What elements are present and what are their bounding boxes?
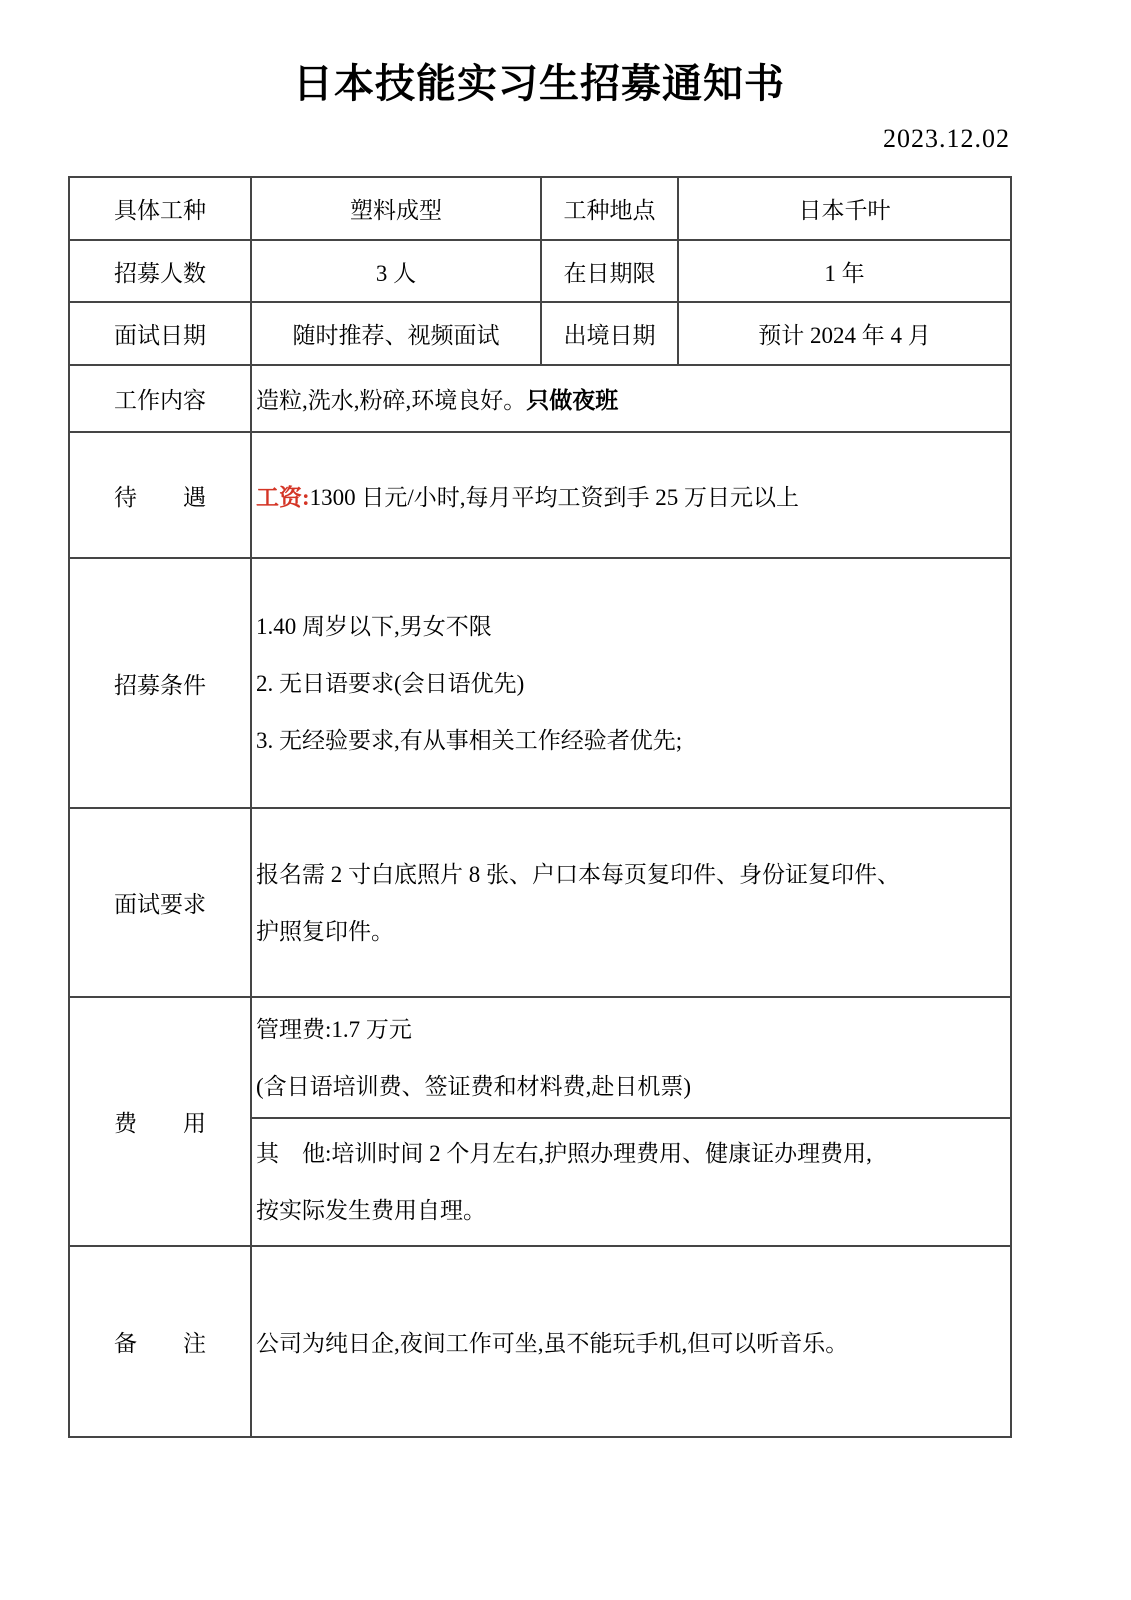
- wage-red-label: 工资:: [256, 485, 310, 510]
- work-content-text: 造粒,洗水,粉碎,环境良好。: [256, 388, 526, 413]
- row-headcount: 招募人数 3 人 在日期限 1 年: [69, 240, 1011, 302]
- recruitment-table: 具体工种 塑料成型 工种地点 日本千叶 招募人数 3 人 在日期限 1 年 面试…: [68, 176, 1012, 1438]
- value-treatment: 工资:1300 日元/小时,每月平均工资到手 25 万日元以上: [251, 432, 1011, 558]
- interview-req-line-1: 报名需 2 寸白底照片 8 张、户口本每页复印件、身份证复印件、: [256, 846, 1006, 903]
- label-interview-date: 面试日期: [69, 302, 251, 365]
- label-fees: 费 用: [69, 997, 251, 1246]
- document-date: 2023.12.02: [68, 124, 1010, 154]
- wage-text: 1300 日元/小时,每月平均工资到手 25 万日元以上: [310, 485, 799, 510]
- page-title: 日本技能实习生招募通知书: [68, 0, 1010, 108]
- label-remarks: 备 注: [69, 1246, 251, 1437]
- fees-other-line-2: 按实际发生费用自理。: [256, 1182, 1006, 1239]
- value-work-content: 造粒,洗水,粉碎,环境良好。只做夜班: [251, 365, 1011, 432]
- conditions-line-1: 1.40 周岁以下,男女不限: [256, 598, 1006, 655]
- label-departure-date: 出境日期: [541, 302, 678, 365]
- row-remarks: 备 注 公司为纯日企,夜间工作可坐,虽不能玩手机,但可以听音乐。: [69, 1246, 1011, 1437]
- label-job-type: 具体工种: [69, 177, 251, 240]
- value-fees-other: 其 他:培训时间 2 个月左右,护照办理费用、健康证办理费用, 按实际发生费用自…: [251, 1118, 1011, 1246]
- remarks-text: 公司为纯日企,夜间工作可坐,虽不能玩手机,但可以听音乐。: [256, 1331, 848, 1356]
- row-job-type: 具体工种 塑料成型 工种地点 日本千叶: [69, 177, 1011, 240]
- value-fees-management: 管理费:1.7 万元 (含日语培训费、签证费和材料费,赴日机票): [251, 997, 1011, 1118]
- label-work-content: 工作内容: [69, 365, 251, 432]
- value-interview-date: 随时推荐、视频面试: [251, 302, 541, 365]
- fees-other-line-1: 其 他:培训时间 2 个月左右,护照办理费用、健康证办理费用,: [256, 1125, 1006, 1182]
- value-departure-date: 预计 2024 年 4 月: [678, 302, 1011, 365]
- conditions-line-3: 3. 无经验要求,有从事相关工作经验者优先;: [256, 712, 1006, 769]
- label-job-location: 工种地点: [541, 177, 678, 240]
- interview-req-line-2: 护照复印件。: [256, 903, 1006, 960]
- label-conditions: 招募条件: [69, 558, 251, 808]
- label-interview-requirements: 面试要求: [69, 808, 251, 997]
- row-fees-management: 费 用 管理费:1.7 万元 (含日语培训费、签证费和材料费,赴日机票): [69, 997, 1011, 1118]
- label-treatment: 待 遇: [69, 432, 251, 558]
- value-remarks: 公司为纯日企,夜间工作可坐,虽不能玩手机,但可以听音乐。: [251, 1246, 1011, 1437]
- label-headcount: 招募人数: [69, 240, 251, 302]
- row-interview-date: 面试日期 随时推荐、视频面试 出境日期 预计 2024 年 4 月: [69, 302, 1011, 365]
- value-interview-requirements: 报名需 2 寸白底照片 8 张、户口本每页复印件、身份证复印件、 护照复印件。: [251, 808, 1011, 997]
- value-job-type: 塑料成型: [251, 177, 541, 240]
- fees-management-line-2: (含日语培训费、签证费和材料费,赴日机票): [256, 1058, 1006, 1115]
- fees-management-line-1: 管理费:1.7 万元: [256, 1001, 1006, 1058]
- value-job-location: 日本千叶: [678, 177, 1011, 240]
- row-conditions: 招募条件 1.40 周岁以下,男女不限 2. 无日语要求(会日语优先) 3. 无…: [69, 558, 1011, 808]
- row-treatment: 待 遇 工资:1300 日元/小时,每月平均工资到手 25 万日元以上: [69, 432, 1011, 558]
- document-page: 日本技能实习生招募通知书 2023.12.02 具体工种 塑料成型 工种地点 日…: [68, 0, 1010, 1438]
- value-headcount: 3 人: [251, 240, 541, 302]
- work-content-bold-text: 只做夜班: [526, 388, 618, 413]
- conditions-line-2: 2. 无日语要求(会日语优先): [256, 655, 1006, 712]
- label-stay-duration: 在日期限: [541, 240, 678, 302]
- value-stay-duration: 1 年: [678, 240, 1011, 302]
- row-work-content: 工作内容 造粒,洗水,粉碎,环境良好。只做夜班: [69, 365, 1011, 432]
- value-conditions: 1.40 周岁以下,男女不限 2. 无日语要求(会日语优先) 3. 无经验要求,…: [251, 558, 1011, 808]
- row-interview-requirements: 面试要求 报名需 2 寸白底照片 8 张、户口本每页复印件、身份证复印件、 护照…: [69, 808, 1011, 997]
